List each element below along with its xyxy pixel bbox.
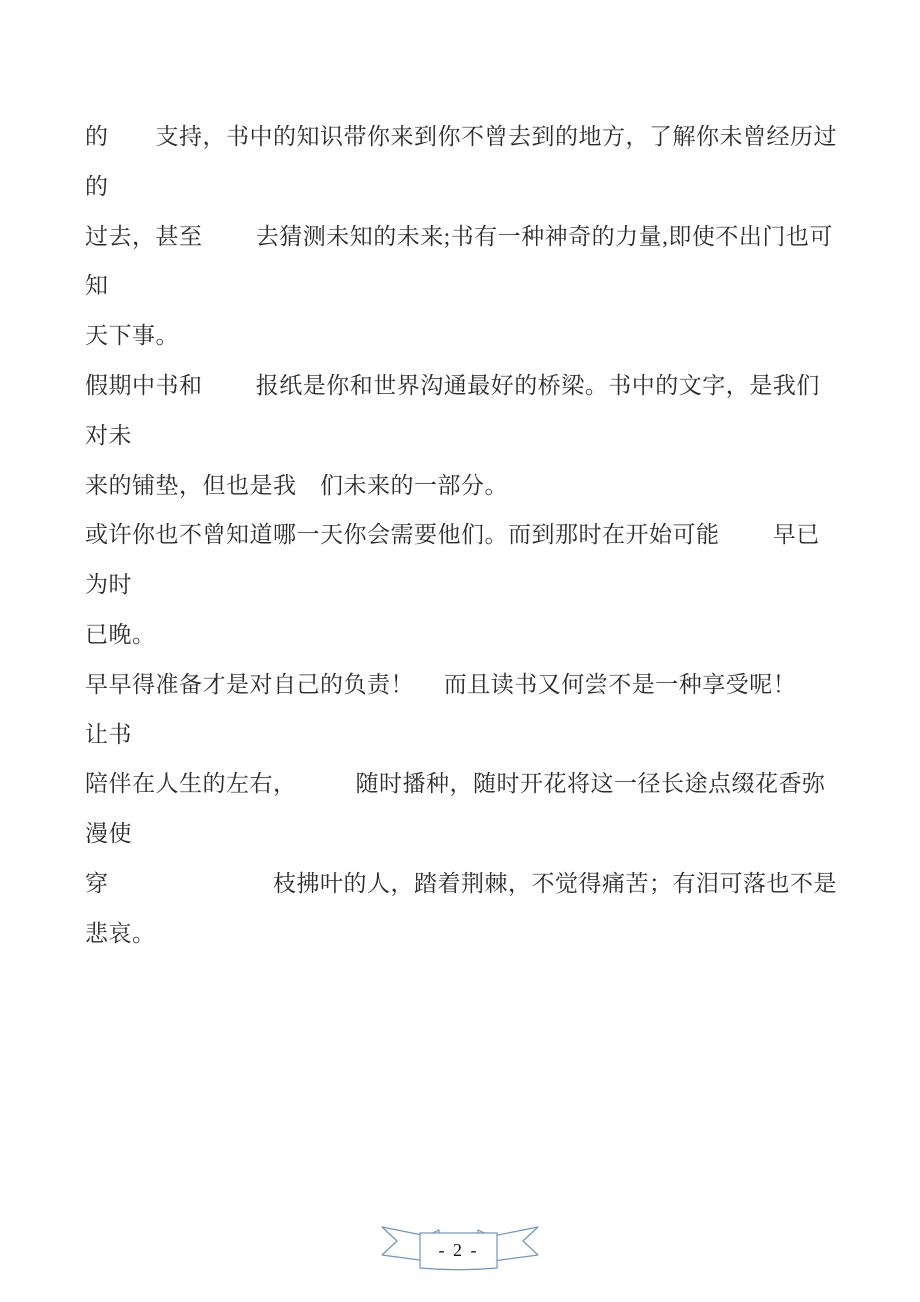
text-line-1: 的 支持，书中的知识带你来到你不曾去到的地方，了解你未曾经历过的 [85, 112, 837, 212]
text-line-5: 来的铺垫，但也是我 们未来的一部分。 [85, 461, 837, 511]
text-line-6: 或许你也不曾知道哪一天你会需要他们。而到那时在开始可能 早已为时 [85, 510, 837, 610]
text-line-7: 已晚。 [85, 610, 837, 660]
text-line-8: 早早得准备才是对自己的负责！ 而且读书又何尝不是一种享受呢！ 让书 [85, 660, 837, 760]
text-line-9: 陪伴在人生的左右， 随时播种，随时开花将这一径长途点缀花香弥漫使 [85, 759, 837, 859]
ribbon-right-tail [493, 1227, 538, 1261]
text-line-3: 天下事。 [85, 311, 837, 361]
page-number: - 2 - [420, 1233, 497, 1268]
text-line-10: 穿 枝拂叶的人，踏着荆棘，不觉得痛苦；有泪可落也不是悲哀。 [85, 859, 837, 959]
document-text: 的 支持，书中的知识带你来到你不曾去到的地方，了解你未曾经历过的 过去，甚至 去… [85, 112, 837, 959]
text-line-4: 假期中书和 报纸是你和世界沟通最好的桥梁。书中的文字，是我们对未 [85, 361, 837, 461]
text-line-2: 过去，甚至 去猜测未知的未来;书有一种神奇的力量,即使不出门也可知 [85, 212, 837, 312]
document-page: 的 支持，书中的知识带你来到你不曾去到的地方，了解你未曾经历过的 过去，甚至 去… [0, 0, 920, 1302]
page-footer: - 2 - [0, 1222, 920, 1278]
